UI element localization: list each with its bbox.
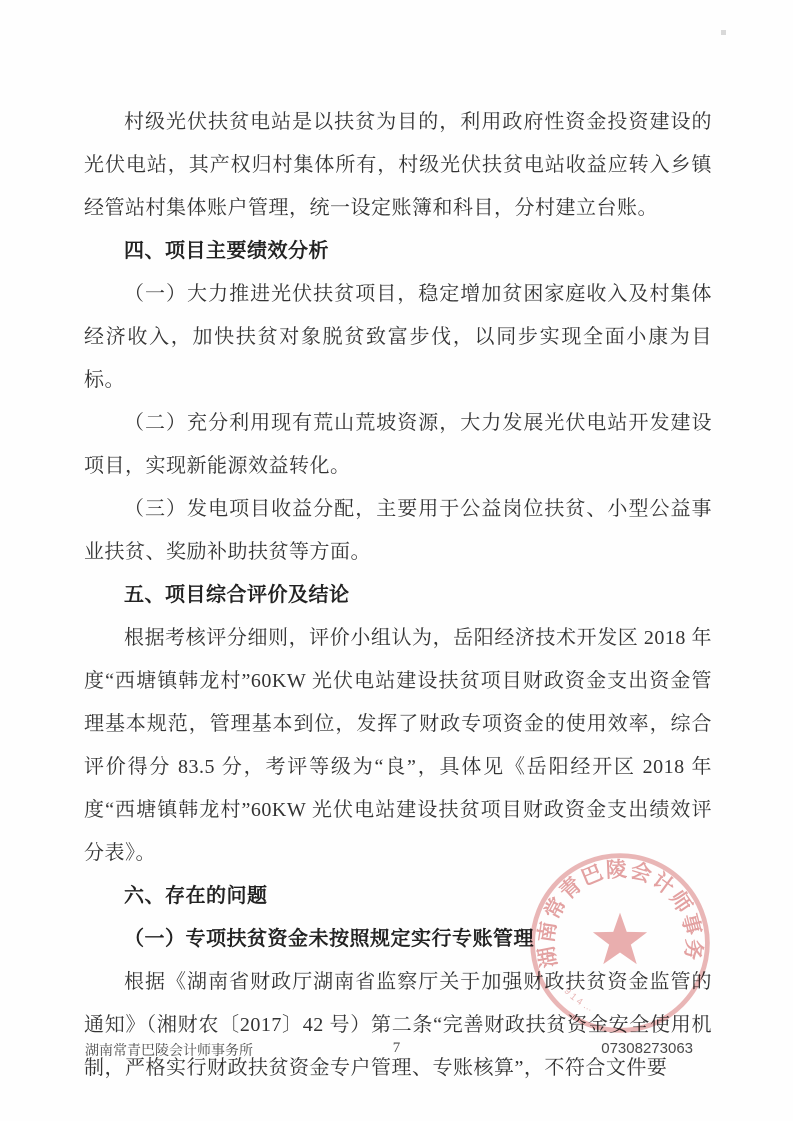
paragraph: （二）充分利用现有荒山荒坡资源，大力发展光伏电站开发建设项目，实现新能源效益转化… <box>84 402 712 488</box>
document-body: 村级光伏扶贫电站是以扶贫为目的，利用政府性资金投资建设的光伏电站，其产权归村集体… <box>84 101 712 1090</box>
paragraph: 根据《湖南省财政厅湖南省监察厅关于加强财政扶贫资金监管的通知》（湘财农〔2017… <box>84 961 712 1090</box>
section-heading: 五、项目综合评价及结论 <box>84 574 712 617</box>
section-heading: 四、项目主要绩效分析 <box>84 230 712 273</box>
paragraph: （三）发电项目收益分配，主要用于公益岗位扶贫、小型公益事业扶贫、奖励补助扶贫等方… <box>84 488 712 574</box>
paragraph: 村级光伏扶贫电站是以扶贫为目的，利用政府性资金投资建设的光伏电站，其产权归村集体… <box>84 101 712 230</box>
page-footer: 湖南常青巴陵会计师事务所 7 07308273063 <box>0 1040 793 1064</box>
paragraph: （一）大力推进光伏扶贫项目，稳定增加贫困家庭收入及村集体经济收入，加快扶贫对象脱… <box>84 273 712 402</box>
scanned-document-page: 村级光伏扶贫电站是以扶贫为目的，利用政府性资金投资建设的光伏电站，其产权归村集体… <box>0 0 793 1121</box>
section-heading: 六、存在的问题 <box>84 875 712 918</box>
section-heading: （一）专项扶贫资金未按照规定实行专账管理 <box>84 918 712 961</box>
paragraph: 根据考核评分细则，评价小组认为，岳阳经济技术开发区 2018 年度“西塘镇韩龙村… <box>84 617 712 875</box>
footer-right-number: 07308273063 <box>601 1040 693 1057</box>
scan-artifact-dot <box>721 30 726 35</box>
